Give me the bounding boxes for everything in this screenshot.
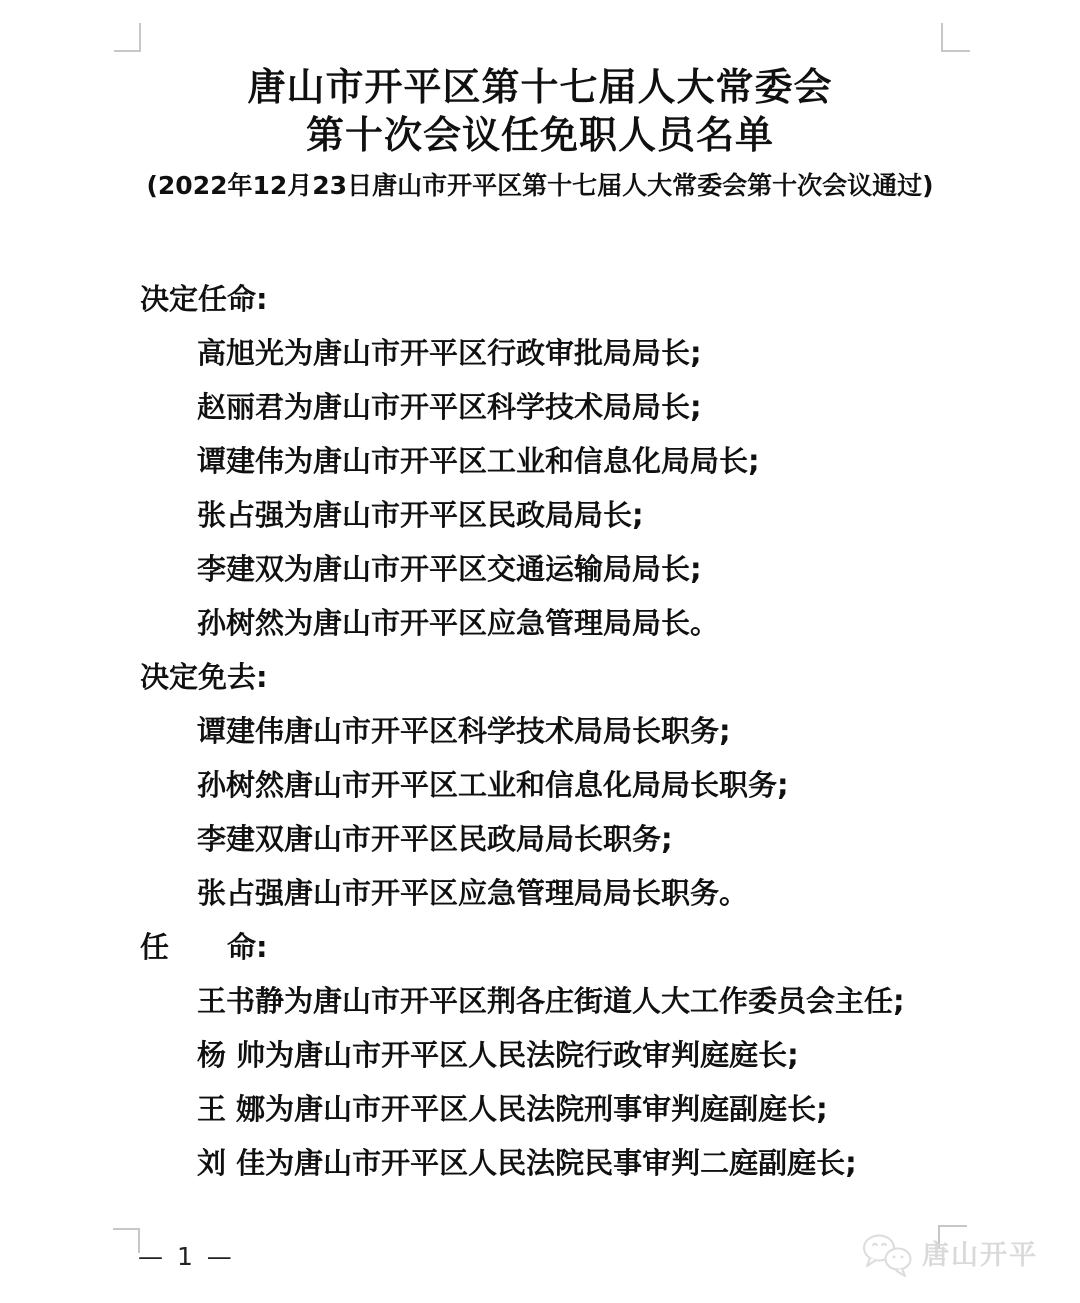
section-heading-appointments: 决定任命: [0,272,1080,326]
crop-mark-top-right [941,23,970,52]
crop-mark-bottom-left [113,1228,140,1253]
watermark: 唐山开平 [860,1232,1038,1280]
removal-item: 谭建伟唐山市开平区科学技术局局长职务; [0,704,1080,758]
section-heading-direct-appointments: 任 命: [0,920,1080,974]
document-title-line1: 唐山市开平区第十七届人大常委会 [0,56,1080,111]
appointment-item: 李建双为唐山市开平区交通运输局局长; [0,542,1080,596]
appointment-item: 王 娜为唐山市开平区人民法院刑事审判庭副庭长; [0,1082,1080,1136]
appointment-item: 赵丽君为唐山市开平区科学技术局局长; [0,380,1080,434]
page-number: — 1 — [138,1242,235,1271]
crop-mark-top-left [114,23,141,52]
removal-item: 孙树然唐山市开平区工业和信息化局局长职务; [0,758,1080,812]
watermark-label: 唐山开平 [922,1232,1038,1280]
appointment-item: 孙树然为唐山市开平区应急管理局局长。 [0,596,1080,650]
document-page: 唐山市开平区第十七届人大常委会 第十次会议任免职人员名单 (2022年12月23… [0,0,1080,1303]
document-body: 决定任命: 高旭光为唐山市开平区行政审批局局长; 赵丽君为唐山市开平区科学技术局… [0,272,1080,1190]
appointment-item: 杨 帅为唐山市开平区人民法院行政审判庭庭长; [0,1028,1080,1082]
appointment-item: 谭建伟为唐山市开平区工业和信息化局局长; [0,434,1080,488]
wechat-bubbles-icon [860,1232,916,1280]
removal-item: 李建双唐山市开平区民政局局长职务; [0,812,1080,866]
document-title-line2: 第十次会议任免职人员名单 [0,104,1080,159]
removal-item: 张占强唐山市开平区应急管理局局长职务。 [0,866,1080,920]
section-heading-removals: 决定免去: [0,650,1080,704]
appointment-item: 张占强为唐山市开平区民政局局长; [0,488,1080,542]
document-subtitle: (2022年12月23日唐山市开平区第十七届人大常委会第十次会议通过) [0,166,1080,202]
appointment-item: 高旭光为唐山市开平区行政审批局局长; [0,326,1080,380]
appointment-item: 王书静为唐山市开平区荆各庄街道人大工作委员会主任; [0,974,1080,1028]
appointment-item: 刘 佳为唐山市开平区人民法院民事审判二庭副庭长; [0,1136,1080,1190]
